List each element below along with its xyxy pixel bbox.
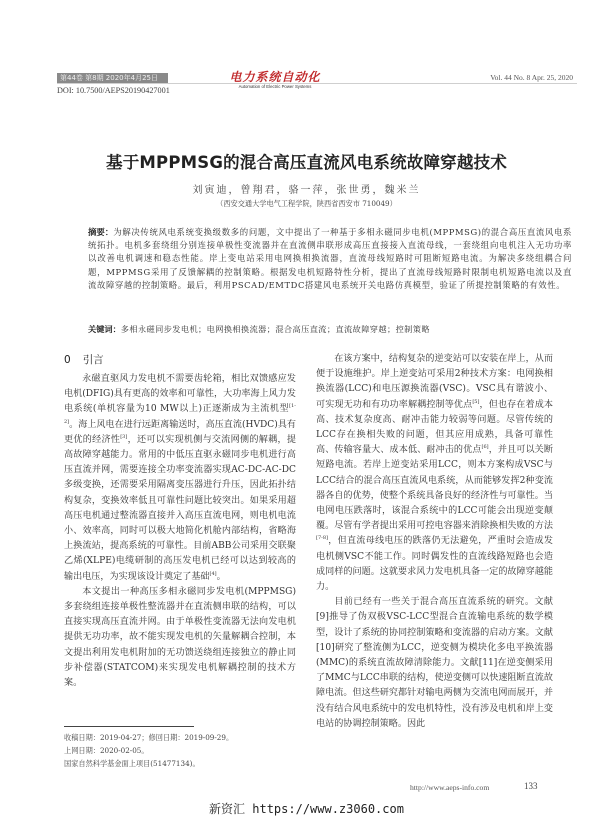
citation[interactable]: [7-8]	[316, 535, 328, 541]
journal-logo: 电力系统自动化 Automation of Electric Power Sys…	[225, 70, 325, 89]
journal-url[interactable]: http://www.aeps-info.com	[410, 783, 489, 792]
section-number: 0	[64, 354, 71, 366]
right-column: 在该方案中，结构复杂的逆变站可以安装在岸上，从而便于设施维护。岸上逆变站可采用2…	[316, 352, 553, 732]
keywords: 关键词：多相永磁同步发电机；电网换相换流器；混合高压直流；直流故障穿越；控制策略	[88, 324, 572, 335]
online-date: 上网日期：2020-02-05。	[64, 745, 233, 758]
abstract-label: 摘要：	[88, 227, 113, 237]
paragraph: 永磁直驱风力发电机不需要齿轮箱，相比双馈感应发电机(DFIG)具有更高的效率和可…	[64, 372, 296, 585]
footnotes: 收稿日期：2019-04-27；修回日期：2019-09-29。 上网日期：20…	[64, 732, 233, 770]
section-title: 引言	[83, 354, 104, 366]
keywords-text: 多相永磁同步发电机；电网换相换流器；混合高压直流；直流故障穿越；控制策略	[121, 324, 430, 334]
watermark: 新资汇 https://www.z3060.com	[0, 800, 613, 817]
footnote-divider	[64, 726, 194, 727]
journal-name-cn: 电力系统自动化	[225, 70, 325, 84]
journal-name-en: Automation of Electric Power Systems	[225, 84, 325, 89]
keywords-label: 关键词：	[88, 324, 121, 334]
page-number: 133	[524, 781, 538, 791]
paragraph: 在该方案中，结构复杂的逆变站可以安装在岸上，从而便于设施维护。岸上逆变站可采用2…	[316, 352, 553, 595]
authors: 刘寅迪，曾翔君，骆一萍，张世勇，魏米兰	[0, 181, 613, 196]
abstract: 摘要：为解决传统风电系统变换级数多的问题，文中提出了一种基于多相永磁同步电机(M…	[88, 226, 572, 292]
citation[interactable]: [6]	[482, 444, 489, 450]
left-column: 永磁直驱风力发电机不需要齿轮箱，相比双馈感应发电机(DFIG)具有更高的效率和可…	[64, 372, 296, 691]
paragraph: 本文提出一种高压多相永磁同步发电机(MPPMSG)多套绕组连接单极性整流器并在直…	[64, 585, 296, 691]
doi: DOI: 10.7500/AEPS20190427001	[57, 86, 170, 95]
article-title: 基于MPPMSG的混合高压直流风电系统故障穿越技术	[0, 149, 613, 173]
affiliation: （西安交通大学电气工程学院，陕西省西安市 710049）	[0, 199, 613, 209]
abstract-text: 为解决传统风电系统变换级数多的问题，文中提出了一种基于多相永磁同步电机(MPPM…	[88, 227, 572, 290]
section-heading: 0引言	[64, 352, 104, 367]
volume-info: Vol. 44 No. 8 Apr. 25, 2020	[490, 73, 573, 82]
citation[interactable]: [4]	[210, 571, 217, 577]
paragraph: 目前已经有一些关于混合高压直流系统的研究。文献[9]推导了伪双极VSC-LCC型…	[316, 595, 553, 732]
received-date: 收稿日期：2019-04-27；修回日期：2019-09-29。	[64, 732, 233, 745]
funding: 国家自然科学基金面上项目(51477134)。	[64, 758, 233, 771]
